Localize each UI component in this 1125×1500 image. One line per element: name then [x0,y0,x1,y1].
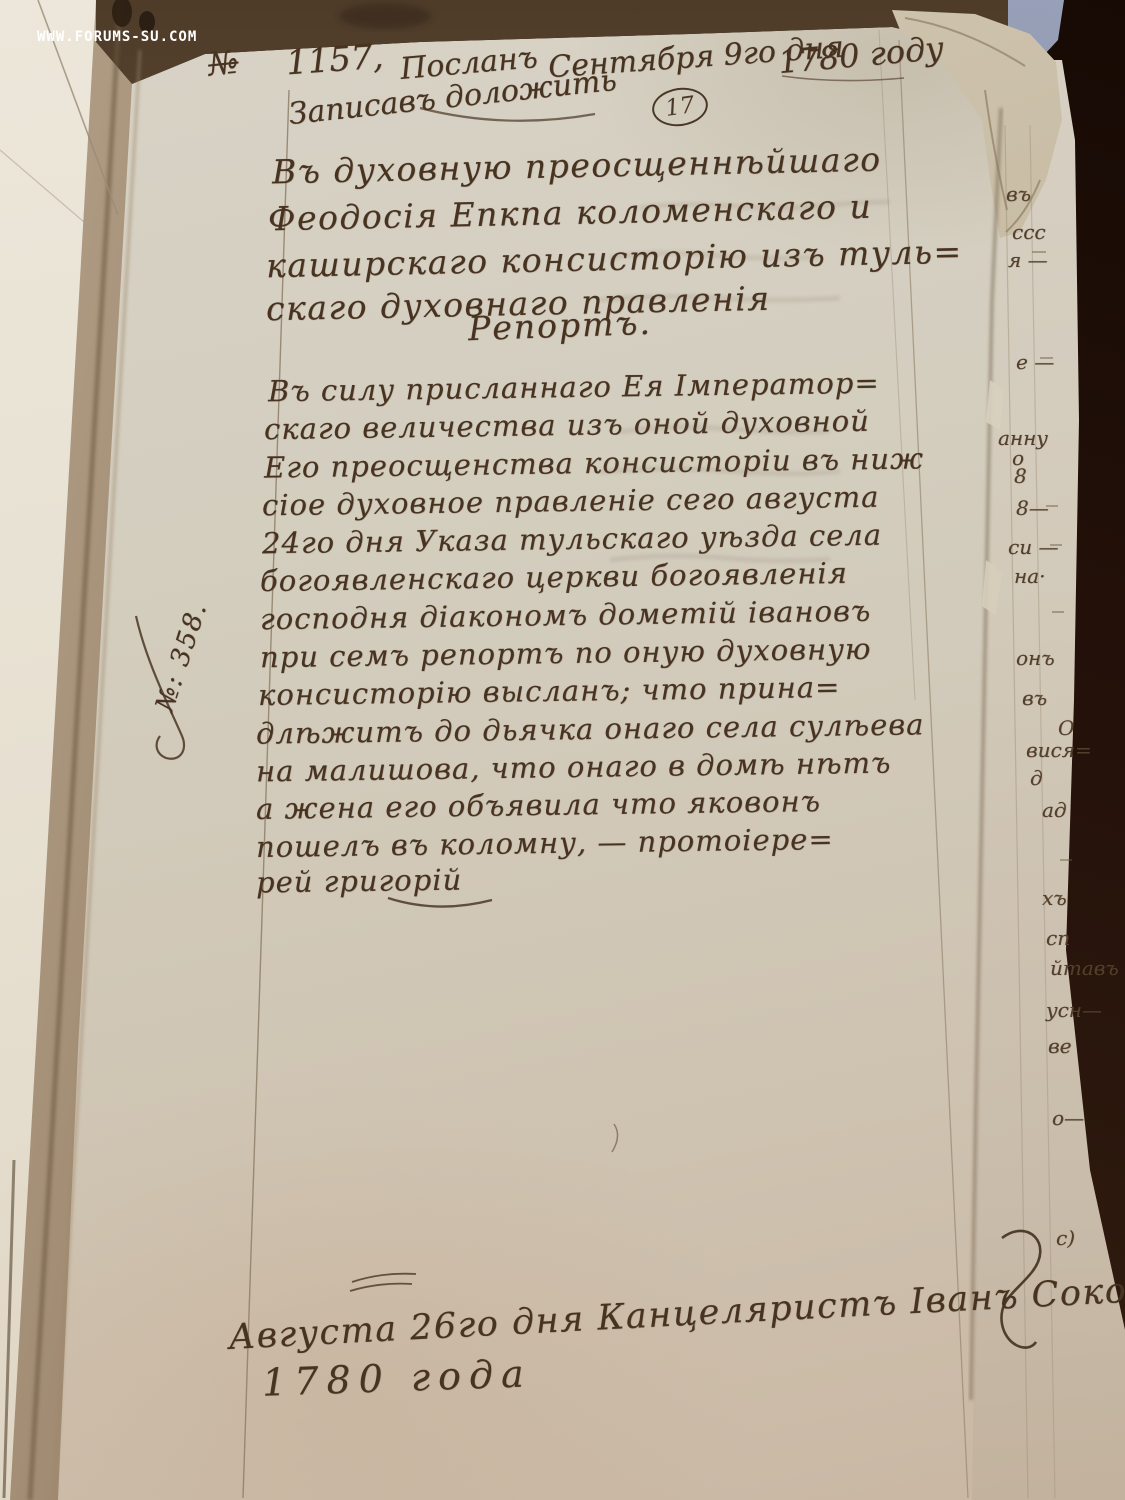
edge-fragment: йтавъ [1050,956,1119,980]
report-heading: Репортъ. [467,303,652,348]
edge-fragment: 8— [1016,496,1049,520]
closing-line: рей григорій [256,863,463,900]
edge-fragment: о— [1052,1106,1084,1130]
edge-fragment: е — [1016,350,1054,374]
edge-fragment: 8 [1014,464,1027,488]
edge-fragment: си — [1008,535,1058,559]
edge-fragment: ве [1048,1034,1071,1058]
edge-fragment: я — [1008,248,1048,272]
edge-fragment: въ [1022,686,1047,710]
page-number: 17 [664,92,697,122]
edge-fragment: д [1030,766,1043,790]
manuscript-photo: № 1157, Посланъ Сентября 9го дня 1780 го… [0,0,1125,1500]
registry-number: 1157, [285,37,385,84]
edge-fragment: ссс [1012,220,1046,244]
edge-fragment: усн— [1046,998,1102,1022]
site-watermark: WWW.FORUMS-SU.COM [37,29,197,45]
edge-fragment: вися= [1026,738,1092,762]
edge-fragment: сп [1046,926,1070,950]
edge-fragment: въ [1006,182,1031,206]
edge-fragment: на· [1014,564,1045,588]
edge-fragment: О [1058,716,1074,740]
edge-fragment: ад [1042,798,1067,822]
edge-fragment: онъ [1016,646,1055,670]
registry-no-symbol: № [206,43,240,84]
edge-fragment: хъ [1042,886,1067,910]
footer-year: 1780 года [261,1351,532,1404]
edge-fragment: с) [1056,1226,1075,1250]
